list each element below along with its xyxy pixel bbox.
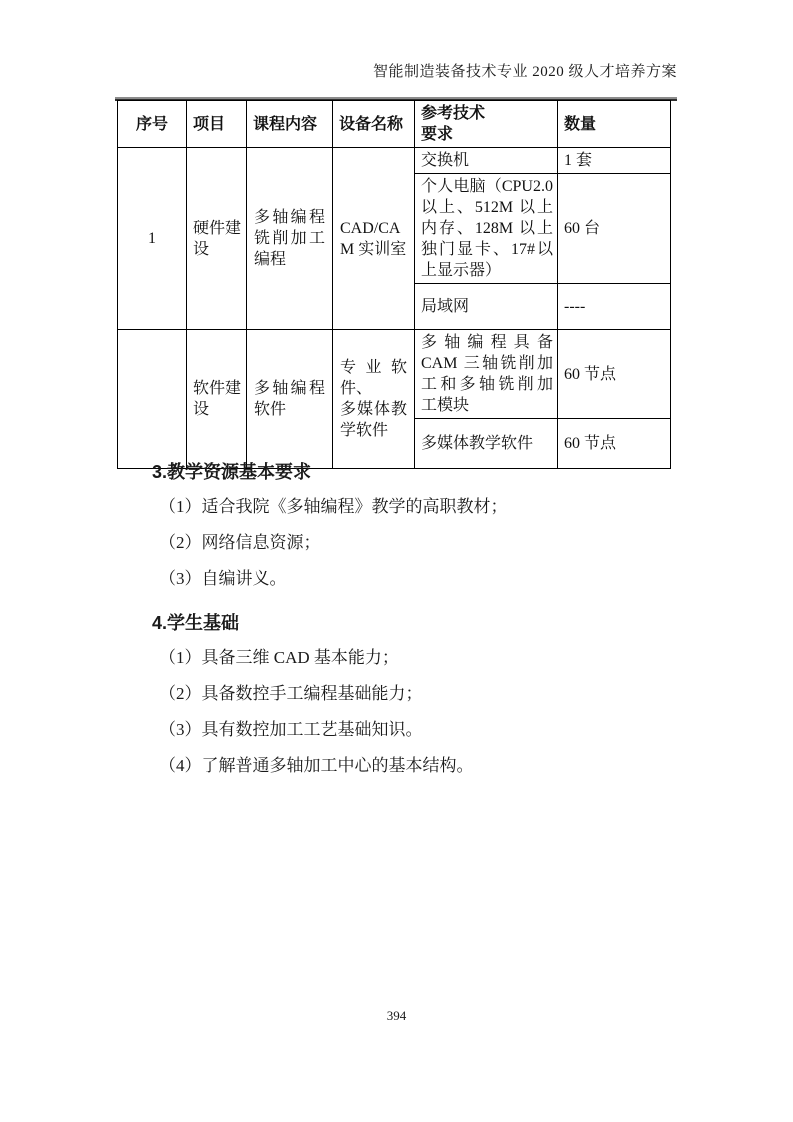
cell-qty-lan: ---- xyxy=(558,284,671,330)
equipment-requirements-table: 序号 项目 课程内容 设备名称 参考技术 要求 数量 1 硬件建设 多轴编程 铣… xyxy=(117,100,671,469)
list-item: （2）具备数控手工编程基础能力； xyxy=(159,684,670,704)
col-header-qty: 数量 xyxy=(558,101,671,148)
list-item: （2）网络信息资源； xyxy=(159,533,670,553)
cell-req-lan: 局域网 xyxy=(415,284,558,330)
document-page: 智能制造装备技术专业 2020 级人才培养方案 序号 项目 课程内容 设备名称 … xyxy=(0,0,793,1122)
cell-qty-pc: 60 台 xyxy=(558,174,671,284)
cell-req-pc: 个人电脑（CPU2.0 以上、512M 以上 内存、128M 以上 独门显卡、1… xyxy=(415,174,558,284)
cell-sn-hardware: 1 xyxy=(118,148,187,330)
cell-project-software: 软件建设 xyxy=(187,330,247,469)
cell-course-software: 多轴编程软件 xyxy=(247,330,333,469)
cell-course-hardware: 多轴编程 铣削加工 编程 xyxy=(247,148,333,330)
cell-project-hardware: 硬件建设 xyxy=(187,148,247,330)
table-row: 软件建设 多轴编程软件 专业软件、 多媒体教学软件 多轴编程具备 CAM 三轴铣… xyxy=(118,330,671,419)
cell-device-software: 专业软件、 多媒体教学软件 xyxy=(333,330,415,469)
cell-req-switch: 交换机 xyxy=(415,148,558,174)
section-heading-student-foundation: 4.学生基础 xyxy=(152,613,670,634)
col-header-sn: 序号 xyxy=(118,101,187,148)
list-item: （1）适合我院《多轴编程》教学的高职教材； xyxy=(159,497,670,517)
list-item: （3）具有数控加工工艺基础知识。 xyxy=(159,720,670,740)
section-heading-teaching-resources: 3.教学资源基本要求 xyxy=(152,462,670,483)
cell-device-hardware: CAD/CA M 实训室 xyxy=(333,148,415,330)
cell-sn-software xyxy=(118,330,187,469)
col-header-req: 参考技术 要求 xyxy=(415,101,558,148)
col-header-project: 项目 xyxy=(187,101,247,148)
list-item: （3）自编讲义。 xyxy=(159,569,670,589)
page-number: 394 xyxy=(0,1008,793,1024)
page-header-title: 智能制造装备技术专业 2020 级人才培养方案 xyxy=(373,64,677,81)
table-row: 1 硬件建设 多轴编程 铣削加工 编程 CAD/CA M 实训室 交换机 1 套 xyxy=(118,148,671,174)
cell-qty-cam-modules: 60 节点 xyxy=(558,330,671,419)
cell-req-cam-modules: 多轴编程具备 CAM 三轴铣削加 工和多轴铣削加 工模块 xyxy=(415,330,558,419)
list-item: （1）具备三维 CAD 基本能力； xyxy=(159,648,670,668)
cell-qty-switch: 1 套 xyxy=(558,148,671,174)
list-item: （4）了解普通多轴加工中心的基本结构。 xyxy=(159,756,670,776)
body-text: 3.教学资源基本要求 （1）适合我院《多轴编程》教学的高职教材； （2）网络信息… xyxy=(117,452,670,776)
col-header-device: 设备名称 xyxy=(333,101,415,148)
col-header-course: 课程内容 xyxy=(247,101,333,148)
table-header-row: 序号 项目 课程内容 设备名称 参考技术 要求 数量 xyxy=(118,101,671,148)
